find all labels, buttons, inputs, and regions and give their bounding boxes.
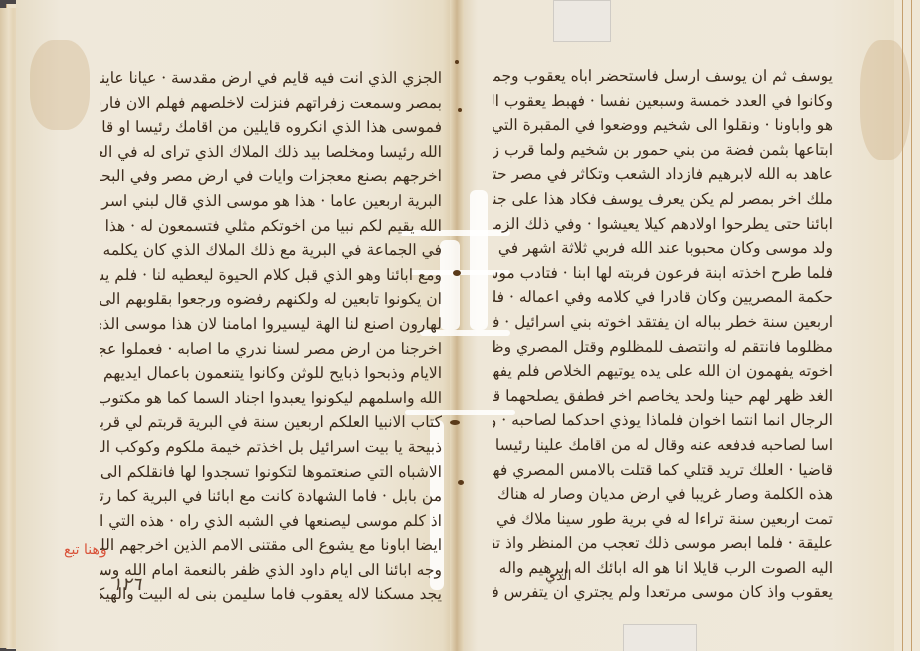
text-line: وكانوا في العدد خمسة وسبعين نفسا · فهبط … [493,89,833,114]
text-line: الغد ظهر لهم حينا ولحد يخاصم اخر فطفق يص… [493,384,833,409]
text-line: الاشباه التي صنعتموها لتكونوا تسجدوا لها… [100,460,442,485]
text-line: الله يقيم لكم نبيا من اخوتكم مثلي فتسمعو… [100,214,442,239]
text-line: الله رئيسا ومخلصا بيد ذلك الملاك الذي تر… [100,140,442,165]
text-line: اذ كلم موسى ليصنعها في الشبه الذي راه · … [100,509,442,534]
text-line: يوسف ثم ان يوسف ارسل فاستحضر اباه يعقوب … [493,64,833,89]
right-page-text: يوسف ثم ان يوسف ارسل فاستحضر اباه يعقوب … [493,64,833,605]
text-line: تمت اربعين سنة تراءا له في برية طور سينا… [493,507,833,532]
text-line: لهارون اصنع لنا الهة ليسيروا امامنا لان … [100,312,442,337]
text-line: ولد موسى وكان محبوبا عند الله فربي ثلاثة… [493,236,833,261]
text-line: ابتاعها بثمن فضة من بني حمور بن شخيم ولم… [493,138,833,163]
text-line: البرية اربعين عاما · هذا هو موسى الذي قا… [100,189,442,214]
text-line: فموسى هذا الذي انكروه قايلين من اقامك رئ… [100,115,442,140]
text-line: من بابل · فاما الشهادة كانت مع ابائنا في… [100,484,442,509]
catchword: الذي [545,568,571,584]
manuscript-spread: الجزي الذي انت فيه قايم في ارض مقدسة · ع… [0,0,920,651]
text-line: اخرجهم بصنع معجزات وايات في ارض مصر وفي … [100,164,442,189]
wax-drip [470,190,488,330]
text-line: الايام وذبحوا ذبايح للوثن وكانوا يتنعمون… [100,361,442,386]
text-line: الجزي الذي انت فيه قايم في ارض مقدسة · ع… [100,66,442,91]
text-line: الرجال انما انتما اخوان فلماذا يوذي احدك… [493,408,833,433]
folio-number: ١٢٦ [112,574,141,595]
text-line: يجد مسكنا لاله يعقوب فاما سليمن بنى له ا… [100,582,442,607]
text-line: بمصر وسمعت زفراتهم فنزلت لاخلصهم فهلم ال… [100,91,442,116]
text-line: كتاب الانبيا العلكم اربعين سنة في البرية… [100,410,442,435]
water-stain [30,40,90,130]
text-line: اخرجنا من ارض مصر لسنا ندري ما اصابه · ف… [100,337,442,362]
text-line: حكمة المصريين وكان قادرا في كلامه وفي اع… [493,285,833,310]
ink-spot [458,108,462,112]
text-line: هذه الكلمة وصار غريبا في ارض مديان وصار … [493,482,833,507]
left-page-text: الجزي الذي انت فيه قايم في ارض مقدسة · ع… [100,66,442,607]
text-line: في الجماعة في البرية مع ذلك الملاك الذي … [100,238,442,263]
text-line: عليقة · فلما ابصر موسى ذلك تعجب من المنظ… [493,531,833,556]
text-line: قاضيا · العلك تريد قتلي كما قتلت بالامس … [493,458,833,483]
text-line: ان يكونوا تابعين له ولكنهم رفضوه ورجعوا … [100,287,442,312]
text-line: وجه ابائنا الى ايام داود الذي ظفر بالنعم… [100,558,442,583]
text-line: هو واباونا · ونقلوا الى شخيم ووضعوا في ا… [493,113,833,138]
text-line: ملك اخر بمصر لم يكن يعرف يوسف فكاد هذا ع… [493,187,833,212]
text-line: ومع ابائنا وهو الذي قبل كلام الحيوة ليعط… [100,263,442,288]
wax-drip [440,240,460,330]
repair-tape-bottom [623,624,697,651]
ink-spot [458,480,464,485]
text-line: اربعين سنة خطر بباله ان يفتقد اخوته بني … [493,310,833,335]
text-line: ابائنا حتى يطرحوا اولادهم كيلا يعيشوا · … [493,212,833,237]
marginal-rubric-note: وهنا تبع [64,542,107,558]
ink-spot [455,60,459,64]
text-line: اسا لصاحبه فدفعه عنه وقال له من اقامك عل… [493,433,833,458]
text-line: ذبيحة يا بيت اسرائيل بل اخذتم خيمة ملكوم… [100,435,442,460]
ink-spot [453,270,461,276]
text-line: يعقوب واذ كان موسى مرتعدا ولم يجتري ان ي… [493,580,833,605]
text-line: اليه الصوت الرب قايلا انا هو اله ابائك ا… [493,556,833,581]
text-line: الله واسلمهم ليكونوا يعبدوا اجناد السما … [100,386,442,411]
ink-spot [450,420,460,425]
text-line: عاهد به الله لابرهيم فازداد الشعب وتكاثر… [493,162,833,187]
water-stain [860,40,910,160]
text-line: مظلوما فانتقم له وانتصف للمظلوم وقتل الم… [493,335,833,360]
repair-tape-top [553,0,611,42]
text-line: فلما طرح اخذته ابنة فرعون فربته لها ابنا… [493,261,833,286]
text-line: ايضا اباونا مع يشوع الى مقتنى الامم الذي… [100,533,442,558]
text-line: اخوته يفهمون ان الله على يده يوتيهم الخل… [493,359,833,384]
